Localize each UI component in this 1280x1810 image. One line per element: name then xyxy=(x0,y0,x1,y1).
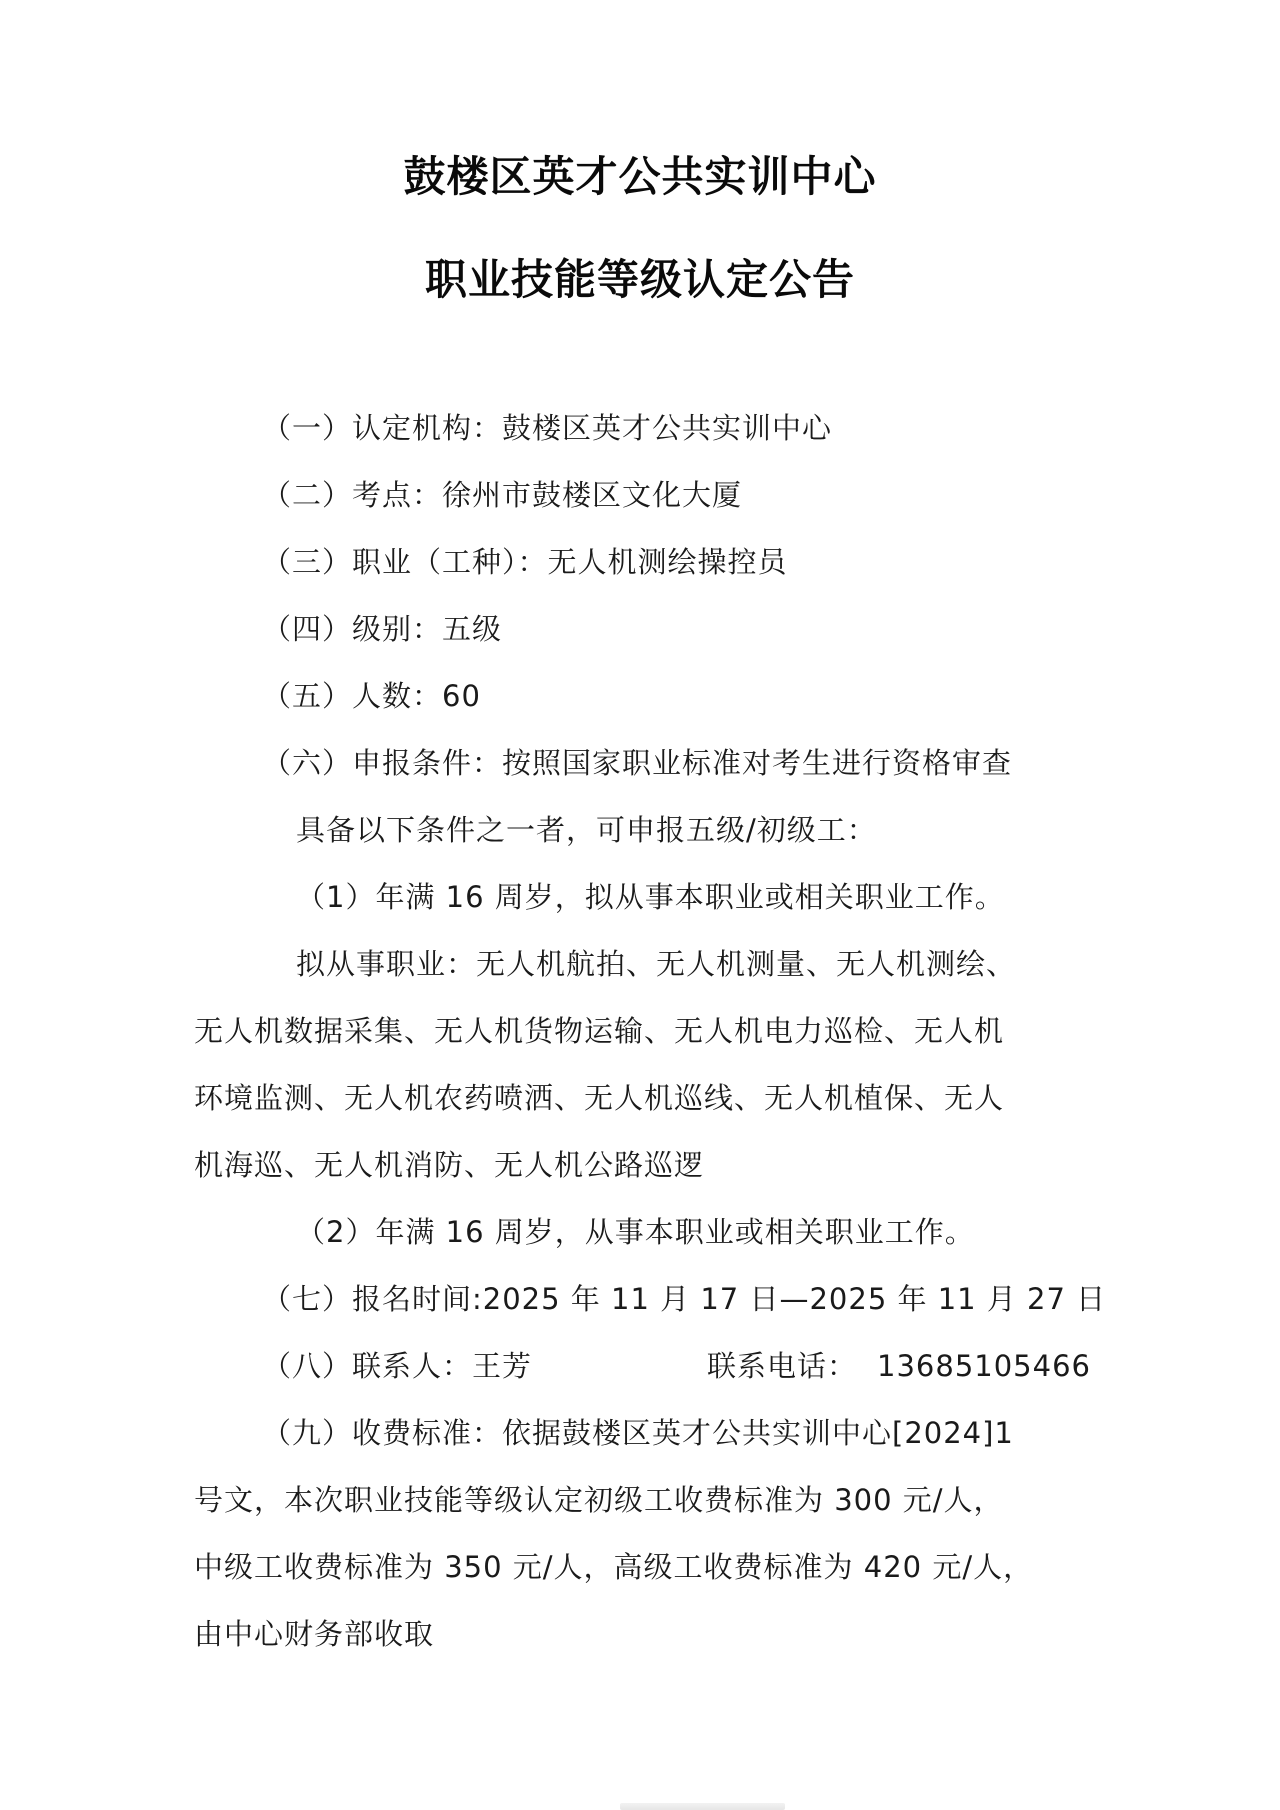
requirements-label: （六）申报条件： xyxy=(262,746,502,780)
item-value: 无人机测绘操控员 xyxy=(548,545,788,579)
contact-phone: 联系电话：13685105466 xyxy=(707,1346,1091,1386)
item-label: （四）级别： xyxy=(262,612,442,646)
document-title-line1: 鼓楼区英才公共实训中心 xyxy=(0,152,1280,202)
item-label: （五）人数： xyxy=(262,679,442,713)
item-value: 徐州市鼓楼区文化大厦 xyxy=(442,478,742,512)
item-exam-site: （二）考点：徐州市鼓楼区文化大厦 xyxy=(262,475,742,515)
requirements-line2: 具备以下条件之一者，可申报五级/初级工： xyxy=(296,810,877,850)
occupations-line-2: 无人机数据采集、无人机货物运输、无人机电力巡检、无人机 xyxy=(194,1011,1004,1051)
fees-line-2: 号文，本次职业技能等级认定初级工收费标准为 300 元/人， xyxy=(194,1480,1004,1520)
contact-phone-number: 13685105466 xyxy=(877,1349,1091,1383)
requirement-condition-2: （2）年满 16 周岁，从事本职业或相关职业工作。 xyxy=(296,1212,975,1252)
item-value: 60 xyxy=(442,679,481,713)
item-headcount: （五）人数：60 xyxy=(262,676,481,716)
item-label: （三）职业（工种）： xyxy=(262,545,548,579)
fees-line-4: 由中心财务部收取 xyxy=(194,1614,434,1654)
item-certifying-body: （一）认定机构：鼓楼区英才公共实训中心 xyxy=(262,408,832,448)
item-level: （四）级别：五级 xyxy=(262,609,502,649)
fees-line-1: （九）收费标准：依据鼓楼区英才公共实训中心[2024]1 xyxy=(262,1413,1014,1453)
contact-label: （八）联系人： xyxy=(262,1349,472,1383)
scroll-indicator-bar xyxy=(620,1803,785,1810)
requirement-condition-1: （1）年满 16 周岁，拟从事本职业或相关职业工作。 xyxy=(296,877,1005,917)
item-label: （二）考点： xyxy=(262,478,442,512)
occupations-line-1: 拟从事职业：无人机航拍、无人机测量、无人机测绘、 xyxy=(296,944,1016,984)
requirements-line1: 按照国家职业标准对考生进行资格审查 xyxy=(502,746,1012,780)
registration-value: 2025 年 11 月 17 日—2025 年 11 月 27 日 xyxy=(483,1282,1106,1316)
announcement-page: 鼓楼区英才公共实训中心 职业技能等级认定公告 （一）认定机构：鼓楼区英才公共实训… xyxy=(0,0,1280,1810)
item-occupation: （三）职业（工种）：无人机测绘操控员 xyxy=(262,542,788,582)
contact-name: 王芳 xyxy=(472,1349,532,1383)
contact-phone-label: 联系电话： xyxy=(707,1349,857,1383)
document-title-line2: 职业技能等级认定公告 xyxy=(0,255,1280,305)
fees-line-3: 中级工收费标准为 350 元/人，高级工收费标准为 420 元/人， xyxy=(194,1547,1033,1587)
occupations-line-4: 机海巡、无人机消防、无人机公路巡逻 xyxy=(194,1145,704,1185)
registration-period: （七）报名时间:2025 年 11 月 17 日—2025 年 11 月 27 … xyxy=(262,1279,1106,1319)
item-label: （一）认定机构： xyxy=(262,411,502,445)
item-value: 五级 xyxy=(442,612,502,646)
occupations-line-3: 环境监测、无人机农药喷洒、无人机巡线、无人机植保、无人 xyxy=(194,1078,1004,1118)
item-value: 鼓楼区英才公共实训中心 xyxy=(502,411,832,445)
contact-info: （八）联系人：王芳 xyxy=(262,1346,532,1386)
registration-label: （七）报名时间: xyxy=(262,1282,483,1316)
requirements-heading: （六）申报条件：按照国家职业标准对考生进行资格审查 xyxy=(262,743,1012,783)
